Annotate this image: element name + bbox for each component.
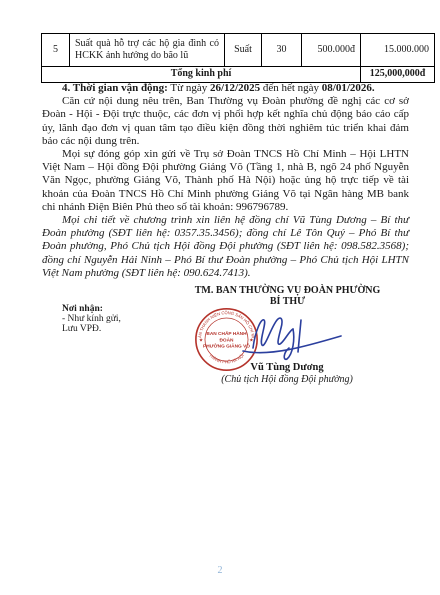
cell-stt: 5 — [42, 34, 70, 67]
start-date: 26/12/2025 — [210, 82, 260, 94]
cell-unit-price: 500.000đ — [302, 34, 361, 67]
cell-total: 15.000.000 — [361, 34, 435, 67]
document-page: 5 Suất quà hỗ trợ các hộ gia đình có HCK… — [0, 0, 440, 595]
page-number: 2 — [0, 565, 440, 576]
paragraph-cancu: Căn cứ nội dung nêu trên, Ban Thường vụ … — [42, 95, 409, 148]
recipients-block: Nơi nhận: - Như kính gửi, Lưu VPĐ. — [62, 305, 182, 334]
cell-description: Suất quà hỗ trợ các hộ gia đình có HCKK … — [70, 34, 225, 67]
budget-table: 5 Suất quà hỗ trợ các hộ gia đình có HCK… — [41, 33, 435, 83]
signer-name: Vũ Tùng Dương — [167, 362, 407, 373]
cell-quantity: 30 — [262, 34, 302, 67]
end-date: 08/01/2026. — [322, 82, 375, 94]
total-label: Tổng kinh phí — [42, 67, 361, 83]
signer-title: (Chủ tịch Hội đồng Đội phường) — [167, 374, 407, 385]
total-value: 125,000,000đ — [361, 67, 435, 83]
document-body: 4. Thời gian vận động: Từ ngày 26/12/202… — [42, 82, 409, 280]
paragraph-donggop: Mọi sự đóng góp xin gửi về Trụ sở Đoàn T… — [42, 148, 409, 214]
recipient-item: Lưu VPĐ. — [62, 325, 182, 335]
table-total-row: Tổng kinh phí 125,000,000đ — [42, 67, 435, 83]
stamp-line2: ĐOÀN — [219, 336, 234, 343]
stamp-star-icon: ★ — [199, 337, 203, 343]
heading-label: 4. Thời gian vận động: — [62, 82, 168, 94]
handwritten-signature — [235, 306, 345, 364]
heading-text-2: đến hết ngày — [260, 82, 322, 94]
paragraph-contact: Mọi chi tiết về chương trình xin liên hệ… — [42, 214, 409, 280]
signature-org: TM. BAN THƯỜNG VỤ ĐOÀN PHƯỜNG — [160, 285, 415, 296]
table-row: 5 Suất quà hỗ trợ các hộ gia đình có HCK… — [42, 34, 435, 67]
signature-header: TM. BAN THƯỜNG VỤ ĐOÀN PHƯỜNG BÍ THƯ — [160, 285, 415, 307]
paragraph-time: 4. Thời gian vận động: Từ ngày 26/12/202… — [42, 82, 409, 95]
heading-text: Từ ngày — [168, 82, 210, 94]
cell-unit: Suất — [225, 34, 262, 67]
